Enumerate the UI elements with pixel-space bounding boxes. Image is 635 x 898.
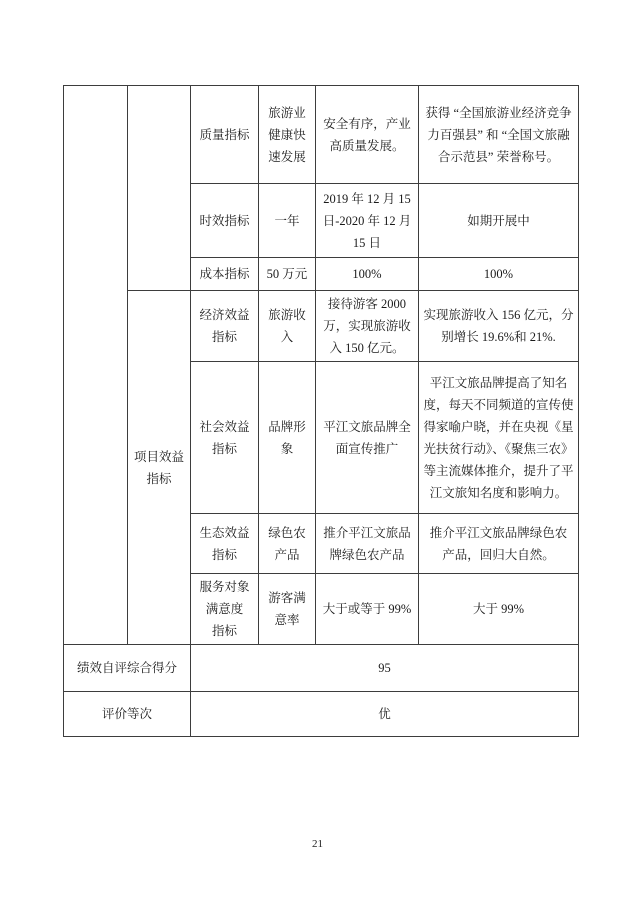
- cell-economic-result: 实现旅游收入 156 亿元，分 别增长 19.6%和 21%.: [419, 291, 579, 362]
- cell-timeliness-result: 如期开展中: [419, 184, 579, 258]
- cell-social-value: 品牌形 象: [259, 362, 316, 514]
- table-row-score: 绩效自评综合得分 95: [64, 645, 579, 692]
- cell-ecological-target: 推介平江文旅品 牌绿色农产品: [316, 514, 419, 574]
- page-number: 21: [0, 838, 635, 850]
- cell-timeliness-value: 一年: [259, 184, 316, 258]
- cell-quality-value: 旅游业 健康快 速发展: [259, 86, 316, 184]
- cell-ecological-value: 绿色农 产品: [259, 514, 316, 574]
- table-row-grade: 评价等次 优: [64, 692, 579, 737]
- cell-score-value: 95: [191, 645, 579, 692]
- cell-satisfaction-target: 大于或等于 99%: [316, 574, 419, 645]
- cell-social-target: 平江文旅品牌全 面宣传推广: [316, 362, 419, 514]
- cell-grade-value: 优: [191, 692, 579, 737]
- cell-ecological-result: 推介平江文旅品牌绿色农 产品，回归大自然。: [419, 514, 579, 574]
- cell-economic-label: 经济效益 指标: [191, 291, 259, 362]
- cell-economic-value: 旅游收 入: [259, 291, 316, 362]
- cell-social-result: 平江文旅品牌提高了知名 度，每天不同频道的宣传使 得家喻户晓，并在央视《星 光扶…: [419, 362, 579, 514]
- cell-economic-target: 接待游客 2000 万，实现旅游收 入 150 亿元。: [316, 291, 419, 362]
- cell-quality-target: 安全有序，产业 高质量发展。: [316, 86, 419, 184]
- cell-score-label: 绩效自评综合得分: [64, 645, 191, 692]
- cell-ecological-label: 生态效益 指标: [191, 514, 259, 574]
- cell-cost-target: 100%: [316, 258, 419, 291]
- table-row-quality: 质量指标 旅游业 健康快 速发展 安全有序，产业 高质量发展。 获得 “全国旅游…: [64, 86, 579, 184]
- document-page: 质量指标 旅游业 健康快 速发展 安全有序，产业 高质量发展。 获得 “全国旅游…: [0, 0, 635, 898]
- cell-satisfaction-result: 大于 99%: [419, 574, 579, 645]
- cell-timeliness-target: 2019 年 12 月 15 日-2020 年 12 月 15 日: [316, 184, 419, 258]
- cell-timeliness-label: 时效指标: [191, 184, 259, 258]
- cell-social-label: 社会效益 指标: [191, 362, 259, 514]
- cell-satisfaction-value: 游客满 意率: [259, 574, 316, 645]
- cell-quality-label: 质量指标: [191, 86, 259, 184]
- cell-quality-result: 获得 “全国旅游业经济竞争 力百强县” 和 “全国文旅融 合示范县” 荣誉称号。: [419, 86, 579, 184]
- table-row-economic: 项目效益 指标 经济效益 指标 旅游收 入 接待游客 2000 万，实现旅游收 …: [64, 291, 579, 362]
- cell-cost-label: 成本指标: [191, 258, 259, 291]
- cell-empty-left-column: [64, 86, 128, 645]
- cell-project-benefit-label: 项目效益 指标: [128, 291, 191, 645]
- cell-cost-value: 50 万元: [259, 258, 316, 291]
- performance-indicators-table: 质量指标 旅游业 健康快 速发展 安全有序，产业 高质量发展。 获得 “全国旅游…: [63, 85, 579, 737]
- cell-cost-result: 100%: [419, 258, 579, 291]
- cell-satisfaction-label: 服务对象 满意度 指标: [191, 574, 259, 645]
- cell-grade-label: 评价等次: [64, 692, 191, 737]
- cell-empty-category: [128, 86, 191, 291]
